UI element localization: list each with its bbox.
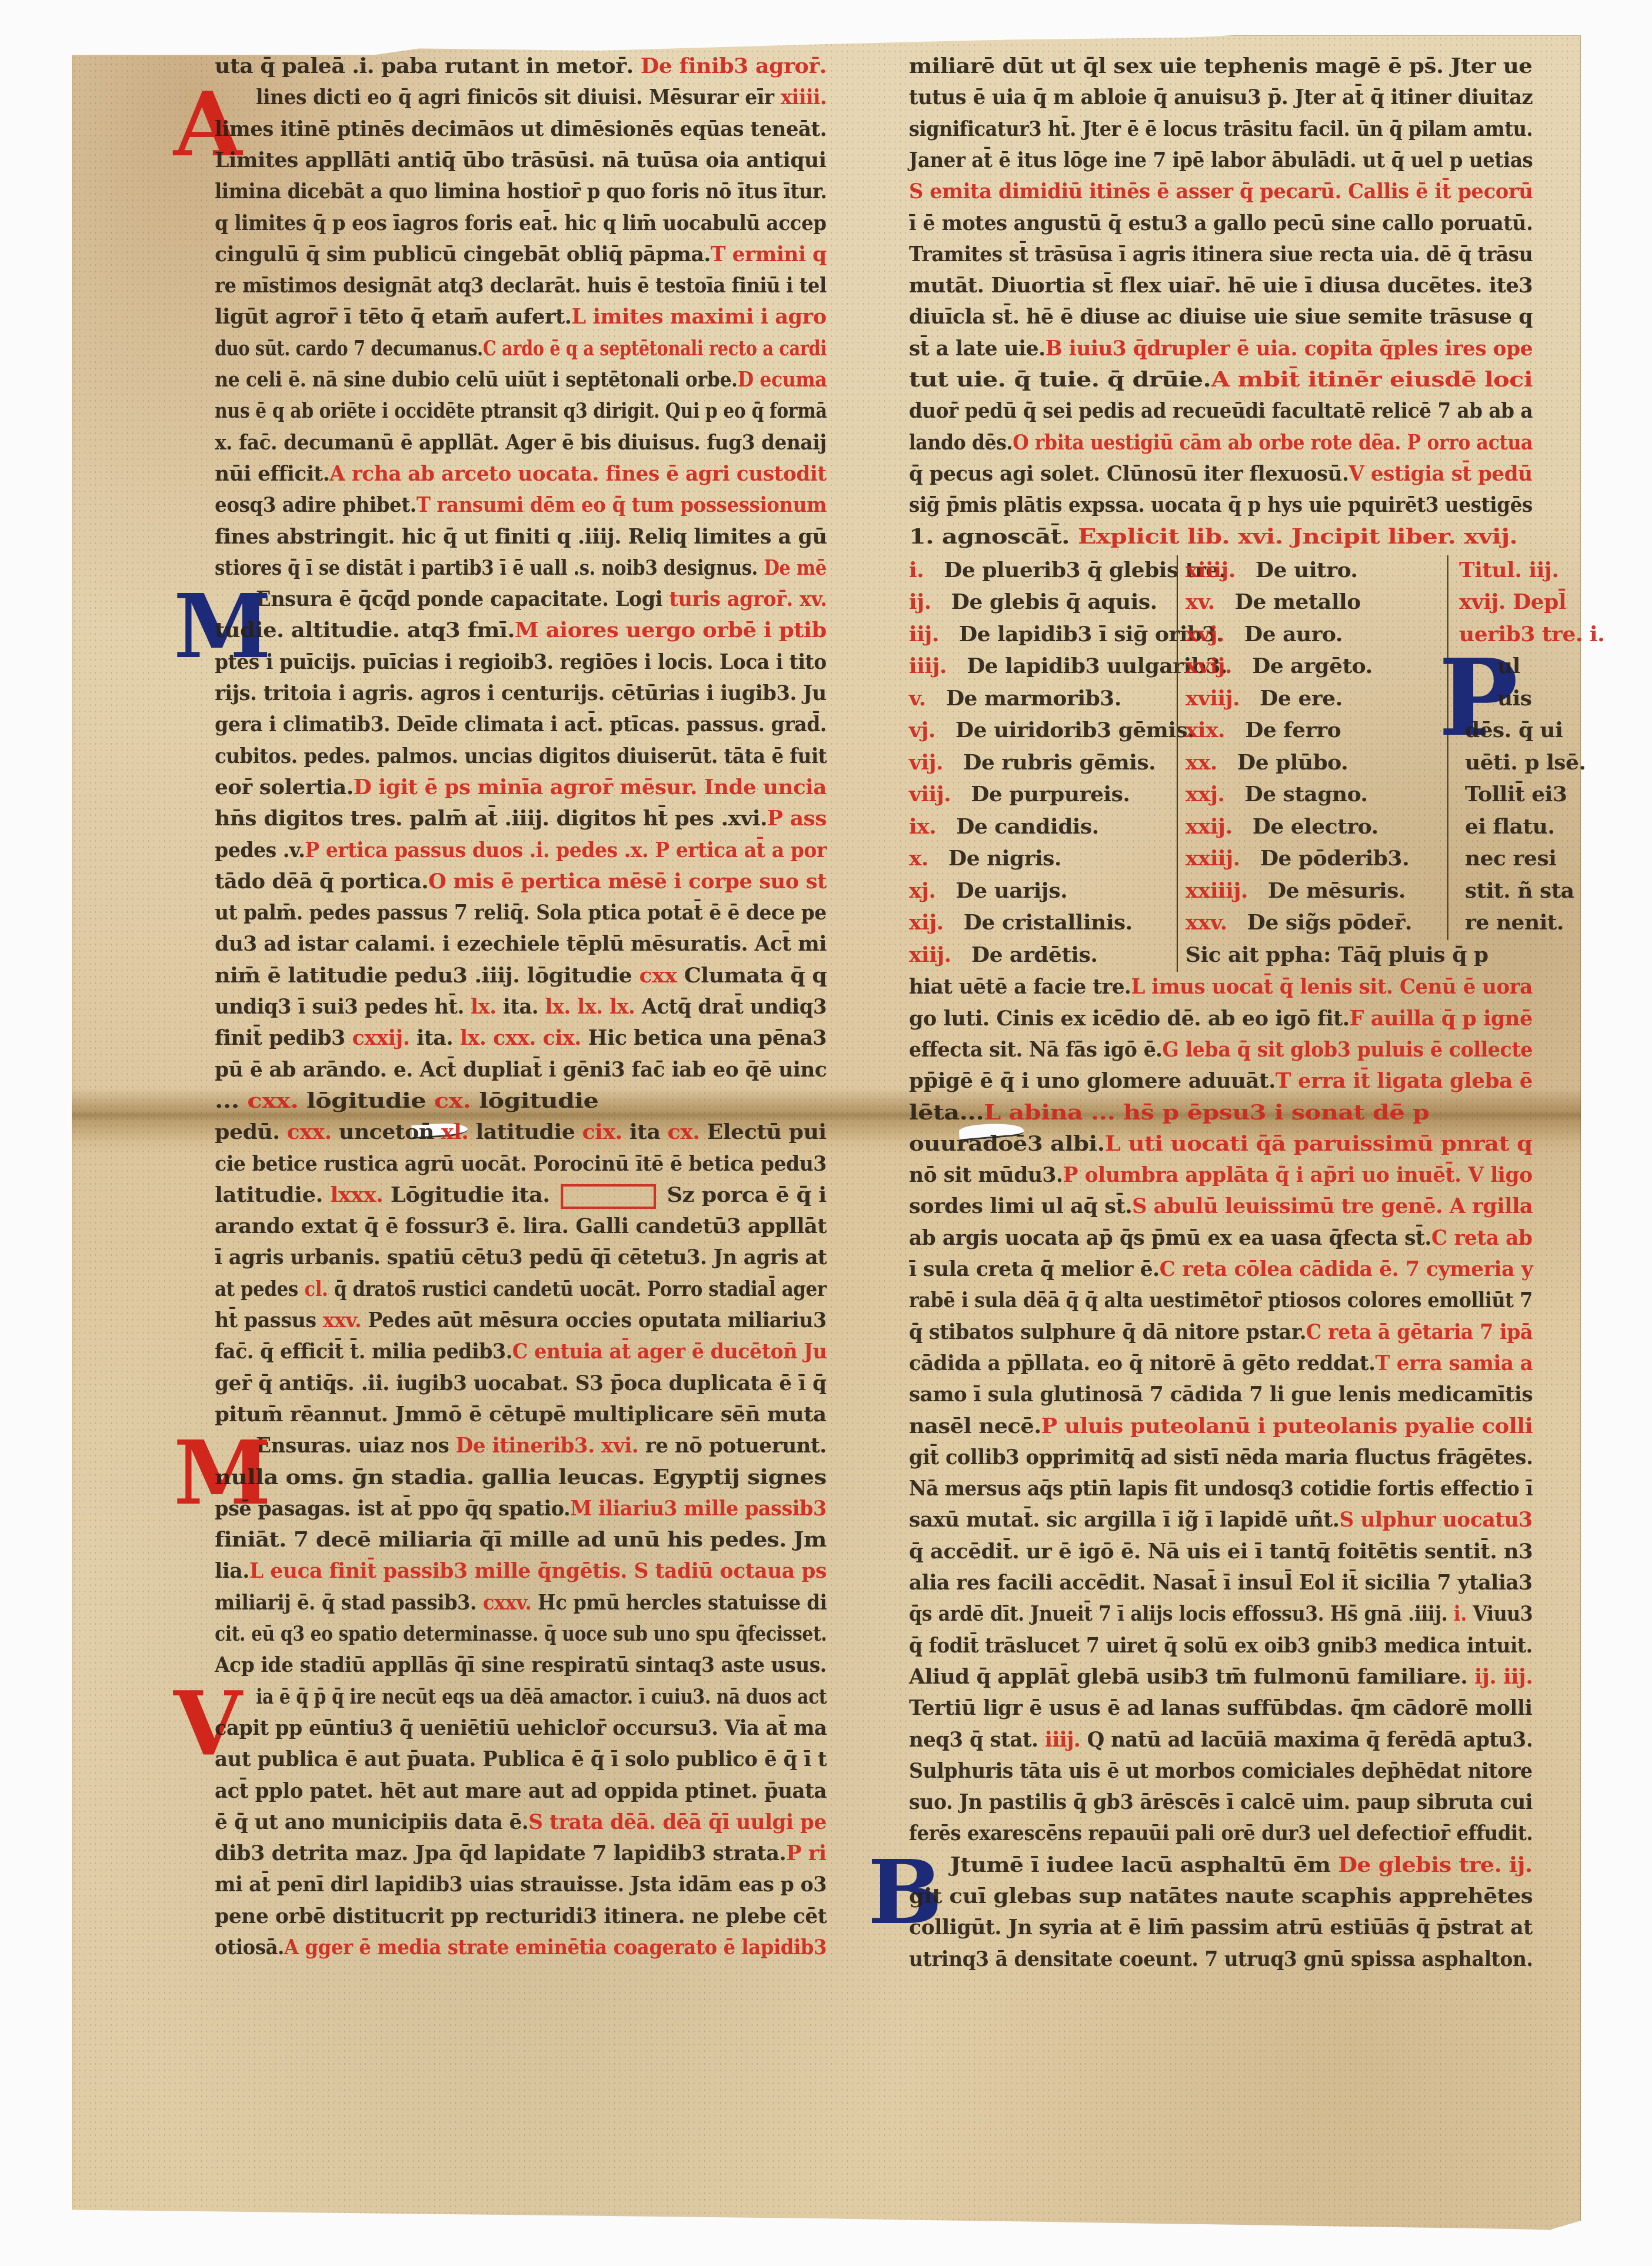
line-text: duor̄ pedū q̄ sei pedis ad recueūdi facu… [909, 398, 1533, 423]
rubric-text: xvij. Depl̄ [1459, 589, 1566, 614]
chapter-title: De electro. [1245, 814, 1378, 839]
text-line: ouuradoē3 albi.L uti uocati q̄ā paruissi… [909, 1132, 1533, 1155]
text-line: arando extat q̄ ē fossur3 ē. lira. Galli… [215, 1214, 827, 1238]
text-line: ul [1497, 654, 1520, 678]
line-text: suo. Jn pastilis q̄ gb3 ārēscēs ī calcē … [909, 1790, 1533, 1814]
text-line: Janer at̄ ē itus lōge ine 7 ipē labor āb… [909, 148, 1533, 172]
rubric-text: turis agror̄. xv. [662, 587, 827, 611]
rubric-initial: P [655, 838, 669, 862]
text-line: git cuī glebas sup natātes naute scaphis… [909, 1884, 1533, 1908]
text-line: ne celi ē. nā sine dubio celū uiūt i sep… [215, 368, 827, 391]
toc-entry: i. De pluerib3 q̄ glebis tre. [909, 558, 1226, 582]
chapter-number: i. [909, 558, 924, 582]
chapter-title: De pluerib3 q̄ glebis tre. [937, 558, 1226, 582]
text-line: q̄ pecus agi solet. Clūnosū iter flexuos… [909, 462, 1533, 485]
rubric-text: cxx [632, 963, 684, 988]
rubric-initial: C [483, 336, 497, 361]
rubric-initial: L [571, 304, 585, 329]
text-line: q limites q̄ p eos īagros foris eat̄. hi… [215, 211, 827, 235]
line-text: Aliud q̄ applāt̄ glebā usib3 tm̄ fulmonū… [909, 1664, 1467, 1689]
line-text: pene orbē distitucrit pp recturidi3 itin… [215, 1904, 827, 1928]
line-text: pp̄igē ē q̄ i uno glomere aduuāt. [909, 1068, 1275, 1093]
line-text: nūi efficit. [215, 461, 329, 486]
rubric-text: trata dēā. dēā q̄ī uulgi pe [543, 1810, 827, 1834]
line-text: re mīstimos designāt atq3 declarāt. huis… [215, 273, 827, 298]
line-text: git cuī glebas sup natātes naute scaphis… [909, 1884, 1533, 1908]
toc-entry: iiij. De lapidib3 uulgarib3. [909, 654, 1227, 678]
line-text: tut uie. q̄ tuie. q̄ drūie. [909, 367, 1211, 392]
line-text: q̄s ardē dīt. Jnueit̄ 7 ī alijs locis ef… [909, 1601, 1447, 1626]
text-line: duo sūt. cardo 7 decumanus.C ardo ē q a … [215, 336, 827, 360]
line-text: ī sula creta q̄ melior ē. [909, 1257, 1160, 1281]
chapter-title: De nigris. [941, 846, 1061, 871]
text-line: undiq3 ī sui3 pedes ht̄. lx. ita. lx. lx… [215, 995, 827, 1018]
line-text: ab argis uocata ap̄ q̄s p̄mū ex ea uasa … [909, 1225, 1431, 1250]
line-text: effecta sit. Nā fās igō ē. [909, 1037, 1163, 1062]
rubric-text: ransumi dēm eo q̄ tum possessionum [430, 492, 826, 517]
line-text: ī ē motes angustū q̄ estu3 a gallo pecū … [909, 211, 1533, 235]
text-line: pedū. cxx. unceton̄ xl. latitudie cix. i… [215, 1120, 827, 1144]
line-text: du3 ad istar calami. i ezechiele tēplū m… [215, 931, 827, 956]
text-line: pp̄igē ē q̄ i uno glomere aduuāt.T erra … [909, 1069, 1533, 1092]
rubric-text: ardo ē q a septētonali recto a cardi [496, 336, 827, 361]
line-text: gera i climatib3. Deīde climata i act̄. … [215, 712, 827, 737]
line-text: Sz porca ē q̄ i [667, 1182, 826, 1207]
rubric-initial: V [1349, 461, 1364, 486]
rubric-initial: L [249, 1558, 264, 1583]
toc-entry: xviij. De ere. [1185, 687, 1343, 710]
text-line: Tollit̄ ei3 [1465, 782, 1567, 806]
rubric-initial: A [329, 461, 345, 486]
text-line: capit pp eūntiu3 q̄ ueniētiū uehiclor̄ o… [215, 1716, 827, 1740]
rubric-initial: M [570, 1496, 592, 1521]
line-text: hn̄s digitos tres. palm̄ at̄ .iiij. digi… [215, 806, 767, 831]
line-text: q̄ fodit̄ trāslucet 7 uiret q̄ solū ex o… [909, 1633, 1533, 1658]
line-text: capit pp eūntiu3 q̄ ueniētiū uehiclor̄ o… [215, 1715, 827, 1740]
toc-entry: xxj. De stagno. [1185, 782, 1368, 806]
rubric-text: imites maximi i agro [586, 304, 827, 329]
line-text: tādo dēā q̄ portica. [215, 869, 428, 894]
line-text: ia ē q̄ p̄ q̄ ire necūt eqs ua dēā amact… [256, 1684, 827, 1709]
rubric-text: De itinerib3. xvi. [449, 1433, 645, 1458]
line-text: tutus ē uia q̄ m abloie q̄ anuisu3 p̄. J… [909, 85, 1533, 109]
rubric-text: iliariu3 mille passib3 [592, 1496, 827, 1521]
text-line: samo ī sula glutinosā 7 cādida 7 li gue … [909, 1382, 1533, 1406]
line-text: aut publica ē aut p̄uata. Publica ē q̄ ī… [215, 1747, 827, 1771]
rubric-text: leba q̄ sit glob3 puluis ē collecte [1179, 1037, 1533, 1062]
toc-entry: ix. De candidis. [909, 815, 1099, 838]
text-line: Nā mersus aq̄s ptin̄ lapis fit undosq3 c… [909, 1477, 1533, 1500]
rubric-initial: L [1131, 974, 1145, 999]
chapter-title: De auro. [1237, 622, 1343, 647]
text-line: Jtumē ī iudee lacū asphaltū ēm De glebis… [950, 1853, 1533, 1877]
toc-column-rule [1177, 555, 1178, 972]
rubric-initial: T [711, 242, 725, 266]
text-line: q̄ fodit̄ trāslucet 7 uiret q̄ solū ex o… [909, 1634, 1533, 1657]
rubric-text: ulphur uocatu3 [1354, 1507, 1533, 1532]
text-line: siḡ p̄mis plātis expssa. uocata q̄ p hys… [909, 493, 1533, 516]
rubric-initial: P [305, 838, 319, 862]
line-text: finiāt. 7 decē miliaria q̄ī mille ad unū… [215, 1527, 827, 1552]
chapter-title: De mēsuris. [1261, 878, 1405, 903]
text-line: lia.L euca finit̄ passib3 mille q̄ngētis… [215, 1559, 827, 1582]
chapter-number: ij. [909, 589, 931, 614]
line-text: Ensuras. uiaz nos [256, 1433, 449, 1458]
text-line: colligūt. Jn syria at ē lim̄ passim atrū… [909, 1915, 1533, 1939]
text-line: Limites appllāti antiq̄ ūbo trāsūsi. nā … [215, 148, 827, 172]
line-text: alia res facili accēdit. Nasat̄ ī insul̄… [909, 1570, 1533, 1595]
line-text: lōgitudie [479, 1088, 598, 1113]
chapter-title: De ferro [1238, 718, 1341, 742]
rubric-text: cxxij. [345, 1025, 417, 1050]
text-line: lēta...L abina ... hs̄ p ēpsu3 i sonat d… [909, 1101, 1429, 1124]
text-line: uta q̄ paleā .i. paba rutant in metor̄. … [215, 54, 827, 78]
line-text: ut palm̄. pedes passus 7 reliq̄. Sola pt… [215, 900, 827, 925]
rubric-text: euca finit̄ passib3 mille q̄ngētis. [264, 1558, 634, 1583]
line-text: ita. [417, 1025, 453, 1050]
line-text: Sic ait ppha: Tāq̄ pluis q̄ p [1185, 942, 1488, 967]
text-line: hiat uētē a facie tre.L imus uocat̄ q̄ l… [909, 975, 1533, 998]
chapter-number: xix. [1185, 718, 1225, 742]
chapter-number: x. [909, 846, 928, 871]
line-text: uis [1497, 686, 1532, 711]
rubric-initial: T [1275, 1068, 1291, 1093]
chapter-number: vj. [909, 718, 935, 742]
chapter-number: iiij. [909, 654, 947, 678]
text-line: significatur3 ht̄. Jter ē ē locus trāsit… [909, 117, 1533, 141]
text-line: ia ē q̄ p̄ q̄ ire necūt eqs ua dēā amact… [256, 1685, 827, 1708]
line-text: duo sūt. cardo 7 decumanus. [215, 336, 483, 361]
line-text: uta q̄ paleā .i. paba rutant in metor̄. [215, 54, 634, 78]
line-text: Ensura ē q̄cq̄d ponde capacitate. Logi [256, 587, 662, 611]
chapter-title: De plūbo. [1230, 750, 1348, 775]
text-line: miliarij ē. q̄ stad passib3. cxxv. Hc pm… [215, 1591, 827, 1614]
rubric-initial: L [984, 1100, 1001, 1125]
text-line: gera i climatib3. Deīde climata i act̄. … [215, 712, 827, 736]
line-text: git̄ collib3 opprimitq̄ ad sistī nēda ma… [909, 1445, 1533, 1469]
toc-entry: xxiiij. De mēsuris. [1185, 879, 1405, 902]
line-text: act̄ pplo patet. hēt aut mare aut ad opp… [215, 1778, 827, 1803]
line-text: ei flatu. [1465, 814, 1554, 839]
line-text: utrinq3 ā densitate coeunt. 7 utruq3 gnū… [909, 1947, 1533, 1971]
line-text: psē pasagas. ist at̄ ppo q̄q spatio. [215, 1496, 570, 1521]
text-line: cie betice rustica agrū uocāt. Porocinū … [215, 1152, 827, 1175]
rubric-text: lx. [464, 994, 503, 1019]
toc-entry: x. De nigris. [909, 847, 1061, 870]
chapter-number: xiij. [909, 942, 951, 967]
text-line: Tertiū ligr ē usus ē ad lanas suffūbdas.… [909, 1696, 1533, 1720]
rubric-text: rcha ab arceto uocata. fines ē agri cust… [345, 461, 826, 486]
text-line: ferēs exarescēns repauūi pali orē dur3 u… [909, 1821, 1533, 1845]
text-line: at pedes cl. q̄ dratos̄ rustici candetū … [215, 1277, 827, 1301]
text-line: mi at̄ penī dirl lapidib3 uias strauisse… [215, 1872, 827, 1896]
text-line: miliarē dūt ut q̄l sex uie tephenis magē… [909, 54, 1533, 78]
line-text: cit. eū q3 eo spatio determinasse. q̄ uo… [215, 1621, 827, 1646]
text-line: tutus ē uia q̄ m abloie q̄ anuisu3 p̄. J… [909, 85, 1533, 109]
rubric-text: rgilla [1466, 1194, 1533, 1218]
line-text: ferēs exarescēns repauūi pali orē dur3 u… [909, 1821, 1533, 1845]
chapter-number: xxiiij. [1185, 878, 1248, 903]
line-text: q̄ stibatos sulphure q̄ dā nitore pstar. [909, 1319, 1306, 1344]
line-text: rijs. tritoia i agris. agros i centurijs… [215, 681, 827, 705]
text-line: pene orbē distitucrit pp recturidi3 itin… [215, 1904, 827, 1928]
rubric-text: orro actua [1421, 430, 1533, 455]
line-text: limes itinē ptinēs decimāos ut dimēsionē… [215, 116, 827, 141]
line-text: Acp ide stadiū appllās q̄ī sine respirat… [215, 1652, 827, 1677]
rubric-text: mis ē pertica mēsē i corpe suo st [446, 869, 827, 894]
text-line: Ensuras. uiaz nos De itinerib3. xvi. re … [256, 1434, 827, 1457]
text-line: uēti. p lsē. [1465, 751, 1586, 774]
chapter-title: De argēto. [1245, 654, 1373, 678]
toc-entry: v. De marmorib3. [909, 687, 1121, 710]
rubric-text: abina ... hs̄ p ēpsu3 i sonat dē p [1001, 1100, 1430, 1125]
toc-entry: xxv. De sig̃s pōder̄. [1185, 911, 1412, 934]
line-text: ē q̄ ut ano municipiis data ē. [215, 1810, 528, 1834]
text-line: ger̄ q̄ antiq̄s. .ii. iugib3 uocabat. S3… [215, 1371, 827, 1395]
line-text: miliarē dūt ut q̄l sex uie tephenis magē… [909, 54, 1533, 78]
rubric-initial: C [1306, 1319, 1321, 1344]
text-line: nec resi [1465, 847, 1556, 870]
line-text: nō sit mūdu3. [909, 1162, 1063, 1187]
rubric-initial: S [909, 179, 923, 204]
chapter-title: De glebis q̄ aquis. [944, 589, 1157, 614]
line-text: stit. ñ sta [1465, 878, 1574, 903]
line-text: ul [1497, 654, 1520, 678]
chapter-title: De rubris gēmis. [956, 750, 1155, 775]
chapter-number: viij. [909, 782, 951, 807]
rubric-initial: B [1045, 336, 1063, 361]
rubric-text: cxxv. [477, 1590, 538, 1615]
line-text: lōgitudie [307, 1088, 426, 1113]
line-text: ger̄ q̄ antiq̄s. .ii. iugib3 uocabat. S3… [215, 1371, 827, 1395]
chapter-number: xxij. [1185, 814, 1233, 839]
line-text: Limites appllāti antiq̄ ūbo trāsūsi. nā … [215, 148, 827, 172]
line-text: Nā mersus aq̄s ptin̄ lapis fit undosq3 c… [909, 1476, 1533, 1501]
text-line: ī agris urbanis. spatiū cētu3 pedū q̄ī c… [215, 1245, 827, 1269]
line-text: Tertiū ligr ē usus ē ad lanas suffūbdas.… [909, 1695, 1533, 1720]
line-text: arando extat q̄ ē fossur3 ē. lira. Galli… [215, 1214, 827, 1238]
rubric-text: erra it̄ ligata gleba ē [1291, 1068, 1533, 1093]
chapter-number: v. [909, 686, 926, 711]
rubric-initial: P [1063, 1162, 1078, 1187]
rubric-text: reta cōlea cādida ē. 7 cymeria y [1175, 1257, 1533, 1281]
text-line: pū ē ab arāndo. e. Act̄ dupliat̄ i gēni3… [215, 1058, 827, 1081]
rubric-text: ass [783, 806, 827, 831]
toc-entry: viij. De purpureis. [909, 782, 1130, 806]
text-line: cādida a pp̄llata. eo q̄ nitorē ā gēto r… [909, 1351, 1533, 1375]
rubric-text: rbita uestigiū cām ab orbe rote dēa. [1028, 430, 1407, 455]
chapter-number: xxj. [1185, 782, 1224, 807]
chapter-number: xj. [909, 878, 936, 903]
line-text: Tramites st̄ trāsūsa ī agris itinera siu… [909, 242, 1533, 266]
chapter-number: ix. [909, 814, 936, 839]
text-line: st̄ a late uie.B iuiu3 q̄drupler ē uia. … [909, 336, 1533, 360]
text-line: latitudie. lxxx. Lōgitudie ita. Sz porca… [215, 1183, 827, 1209]
rubric-initial: C [1431, 1225, 1447, 1250]
line-text: hiat uētē a facie tre. [909, 974, 1131, 999]
line-text: miliarij ē. q̄ stad passib3. [215, 1590, 477, 1615]
toc-entry: xvij. De argēto. [1185, 654, 1373, 678]
text-line: dib3 detrita maz. Jpa q̄d lapidate 7 lap… [215, 1841, 827, 1865]
chapter-title: De purpureis. [964, 782, 1130, 807]
text-line: q̄s ardē dīt. Jnueit̄ 7 ī alijs locis ef… [909, 1602, 1533, 1625]
line-text: ita. [503, 994, 538, 1019]
chapter-number: vij. [909, 750, 943, 775]
rubric-initial: S [528, 1810, 542, 1834]
text-line: otiosā.A gger ē media strate eminētia co… [215, 1935, 827, 1959]
text-line: tut uie. q̄ tuie. q̄ drūie.A mbit̄ itinē… [909, 368, 1533, 391]
chapter-number: xx. [1185, 750, 1217, 775]
text-line: pedes .v.P ertica passus duos .i. pedes … [215, 838, 827, 862]
chapter-number: iij. [909, 622, 939, 647]
text-line: x. fac̄. decumanū ē appllāt. Ager ē bis … [215, 431, 827, 454]
text-line: stiores q̄ ī se distāt i partib3 ī ē ual… [215, 556, 827, 579]
line-text: ligūt agror̄ ī tēto q̄ etam̄ aufert. [215, 304, 571, 329]
line-text: dib3 detrita maz. Jpa q̄d lapidate 7 lap… [215, 1841, 786, 1865]
line-text: re nenit. [1465, 910, 1564, 935]
text-line: sordes limi ul aq̄ st̄.S abulū leuissimū… [909, 1194, 1533, 1218]
text-line: lines dicti eo q̄ agri finicōs sit diuis… [256, 85, 827, 109]
rubric-text: Explicit lib. xvi. Jncipit liber. xvij. [1070, 524, 1517, 549]
rubric-initial: P [786, 1841, 801, 1865]
text-line: effecta sit. Nā fās igō ē.G leba q̄ sit … [909, 1038, 1533, 1061]
line-text: eor̄ solertia. [215, 775, 354, 799]
line-text: mi at̄ penī dirl lapidib3 uias strauisse… [215, 1872, 827, 1897]
text-line: psē pasagas. ist at̄ ppo q̄q spatio.M il… [215, 1497, 827, 1520]
line-text: colligūt. Jn syria at ē lim̄ passim atrū… [909, 1915, 1533, 1940]
line-text: ne celi ē. nā sine dubio celū uiūt i sep… [215, 367, 738, 392]
text-line: alia res facili accēdit. Nasat̄ ī insul̄… [909, 1571, 1533, 1594]
rubric-text: cx. [426, 1088, 479, 1113]
rubric-text: xl. [434, 1119, 476, 1144]
rubric-initial: T [417, 492, 431, 517]
text-line: q̄ accēdit̄. ur ē igō ē. Nā uis ei ī tan… [909, 1539, 1533, 1563]
rubric-text: ij. [1467, 1664, 1503, 1689]
chapter-title: De candidis. [949, 814, 1099, 839]
text-line: limina dicebāt a quo limina hostior̄ p q… [215, 179, 827, 203]
line-text: Pedes aūt mēsura occies oputata miliariu… [368, 1308, 826, 1332]
rubric-initial: D [738, 367, 754, 392]
line-text: q̄ accēdit̄. ur ē igō ē. Nā uis ei ī tan… [909, 1539, 1533, 1564]
line-text: sordes limi ul aq̄ st̄. [909, 1194, 1132, 1218]
rubric-text: reta ā gētaria 7 ipā [1321, 1319, 1533, 1344]
rubric-initial: C [1160, 1257, 1175, 1281]
text-line: re nenit. [1465, 911, 1564, 934]
rubric-initial: S [1339, 1507, 1353, 1532]
rubric-text: ertica passus duos .i. pedes .x. [319, 838, 655, 862]
chapter-title: De ardētis. [964, 942, 1098, 967]
chapter-title: De stagno. [1237, 782, 1367, 807]
line-text: lines dicti eo q̄ agri finicōs sit diuis… [256, 85, 774, 109]
text-line: tudie. altitudie. atq3 fmī.M aiores uerg… [215, 618, 827, 642]
text-line: ht̄ passus xxv. Pedes aūt mēsura occies … [215, 1308, 827, 1332]
chapter-title: De uiridorib3 gēmis. [948, 718, 1194, 742]
text-line: Ensura ē q̄cq̄d ponde capacitate. Logi t… [256, 587, 827, 611]
text-line: mutāt. Diuortia st̄ flex uiar̄. hē uie ī… [909, 274, 1533, 297]
text-line: git̄ collib3 opprimitq̄ ad sistī nēda ma… [909, 1445, 1533, 1469]
chapter-number: xij. [909, 910, 944, 935]
chapter-number: xxv. [1185, 910, 1227, 935]
chapter-number: xv. [1185, 589, 1215, 614]
rubric-text: uti uocati q̄ā paruissimū pnrat q [1120, 1131, 1532, 1156]
line-text: rabē i sula dēā q̄ q̄ alta uestimētor̄ p… [909, 1288, 1533, 1312]
toc-entry: xiiij. De uitro. [1185, 558, 1358, 582]
line-text: pū ē ab arāndo. e. Act̄ dupliat̄ i gēni3… [215, 1057, 827, 1082]
text-line: diuīcla st̄. hē ē diuse ac diuise uie si… [909, 305, 1533, 328]
text-line: rabē i sula dēā q̄ q̄ alta uestimētor̄ p… [909, 1288, 1533, 1312]
text-line: cingulū q̄ sim publicū cingebāt obliq̄ p… [215, 242, 827, 266]
text-line: saxū mutat̄. sic argilla ī ig̃ ī lapidē … [909, 1508, 1533, 1531]
line-text: cubitos. pedes. palmos. uncias digitos d… [215, 744, 827, 768]
line-text: saxū mutat̄. sic argilla ī ig̃ ī lapidē … [909, 1507, 1339, 1532]
rubric-initial: C [512, 1339, 528, 1364]
text-line: duor̄ pedū q̄ sei pedis ad recueūdi facu… [909, 399, 1533, 422]
line-text: eosq3 adire phibet. [215, 492, 417, 517]
rubric-text: ermini q [725, 242, 827, 266]
chapter-title: De metallo [1228, 589, 1361, 614]
line-text: q limites q̄ p eos īagros foris eat̄. hi… [215, 211, 827, 235]
line-text: ī agris urbanis. spatiū cētu3 pedū q̄ī c… [215, 1245, 827, 1269]
line-text: fac̄. q̄ efficit̄ t̄. milia pedib3. [215, 1339, 512, 1364]
line-text: lando dēs. [909, 430, 1012, 455]
rubric-initial: P [767, 806, 783, 831]
text-line: go luti. Cinis ex icēdio dē. ab eo igō f… [909, 1007, 1533, 1030]
line-text: Lōgitudie ita. [391, 1182, 550, 1207]
line-text: cādida a pp̄llata. eo q̄ nitorē ā gēto r… [909, 1351, 1375, 1375]
chapter-number: xviij. [1185, 686, 1240, 711]
line-text: lēta... [909, 1100, 984, 1125]
line-text: undiq3 ī sui3 pedes ht̄. [215, 994, 464, 1019]
line-text: Janer at̄ ē itus lōge ine 7 ipē labor āb… [909, 148, 1533, 172]
text-line: q̄ stibatos sulphure q̄ dā nitore pstar.… [909, 1320, 1533, 1344]
line-text: otiosā. [215, 1935, 284, 1960]
rubric-text: uluis puteolanū i puteolanis pyalie coll… [1057, 1414, 1533, 1438]
toc-entry: xxiij. De pōderib3. [1185, 847, 1409, 870]
line-text: Electū pui [707, 1119, 827, 1144]
text-line: act̄ pplo patet. hēt aut mare aut ad opp… [215, 1779, 827, 1802]
rubric-text: cix. [575, 1119, 629, 1144]
toc-entry: xx. De plūbo. [1185, 751, 1348, 774]
line-text: pitum̄ rēannut. Jmmō ē cētupē multiplica… [215, 1402, 827, 1427]
line-text: siḡ p̄mis plātis expssa. uocata q̄ p hys… [909, 492, 1533, 517]
line-text: nasēl necē. [909, 1414, 1041, 1438]
rubric-text: iij. [1503, 1664, 1533, 1689]
chapter-title: De lapidib3 ī siḡ orib3. [952, 622, 1223, 647]
line-text: Tollit̄ ei3 [1465, 782, 1567, 807]
text-line: tādo dēā q̄ portica.O mis ē pertica mēsē… [215, 869, 827, 893]
rubric-text: aiores uergo orbē i ptib [538, 618, 827, 642]
text-line: ī sula creta q̄ melior ē.C reta cōlea cā… [909, 1257, 1533, 1281]
toc-entry: xij. De cristallinis. [909, 911, 1133, 934]
rubric-text: De finib3 agror̄. [634, 54, 827, 78]
toc-entry: xj. De uarijs. [909, 879, 1067, 902]
line-text: pedes .v. [215, 838, 305, 862]
text-line: eosq3 adire phibet.T ransumi dēm eo q̄ t… [215, 493, 827, 516]
rubric-initial: S [1132, 1194, 1147, 1218]
text-line: ē q̄ ut ano municipiis data ē.S trata dē… [215, 1810, 827, 1834]
toc-entry: xvj. De auro. [1185, 622, 1343, 646]
text-line: nulla oms. ḡn stadia. gallia leucas. Egy… [215, 1465, 827, 1489]
rubric-text: lxxx. [323, 1182, 391, 1207]
line-text: limina dicebāt a quo limina hostior̄ p q… [215, 179, 827, 204]
line-text: samo ī sula glutinosā 7 cādida 7 li gue … [909, 1382, 1533, 1407]
rubric-initial: O [1012, 430, 1028, 455]
toc-entry: vj. De uiridorib3 gēmis. [909, 718, 1194, 742]
rubric-text: De glebis tre. ij. [1330, 1852, 1532, 1877]
rubric-text: erra samia a [1390, 1351, 1533, 1375]
rubric-text: igit ē ps minīa agror̄ mēsur. Inde uncia [371, 775, 827, 799]
rubric-initial: O [428, 869, 446, 894]
